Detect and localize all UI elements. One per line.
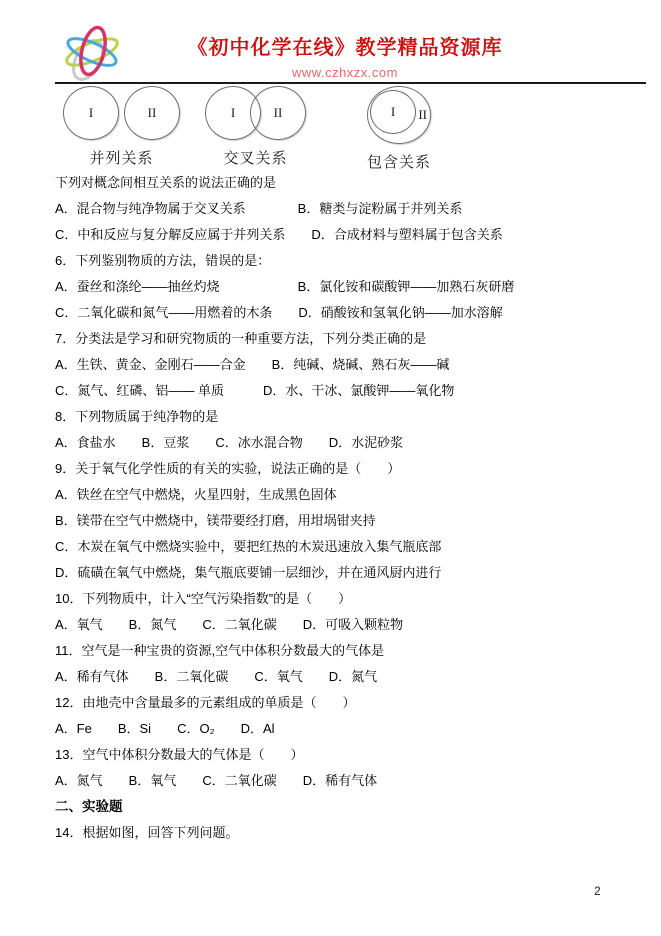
q5-options-ab: A．混合物与纯净物属于交叉关系 B．糖类与淀粉属于并列关系	[55, 196, 630, 222]
q10-stem: 10．下列物质中，计入“空气污染指数”的是（ ）	[55, 586, 630, 612]
circle-label-2: II	[418, 107, 427, 123]
header-divider	[55, 82, 646, 84]
q9-option-a: A．铁丝在空气中燃烧，火星四射，生成黑色固体	[55, 482, 630, 508]
diagram-cross-relation: I II 交叉关系	[205, 86, 306, 168]
q9-option-d: D．硫磺在氧气中燃烧，集气瓶底要铺一层细沙，并在通风厨内进行	[55, 560, 630, 586]
diagram-contain-relation: I II 包含关系	[353, 86, 445, 172]
circle-label-1: I	[391, 104, 395, 120]
circle-label-2: II	[148, 105, 157, 121]
q14-stem: 14．根据如图，回答下列问题。	[55, 820, 630, 846]
q12-stem: 12．由地壳中含量最多的元素组成的单质是（ ）	[55, 690, 630, 716]
venn-circle-inner: I	[370, 90, 416, 134]
q7-options-ab: A．生铁、黄金、金刚石——合金 B．纯碱、烧碱、熟石灰——碱	[55, 352, 630, 378]
circle-label-2: II	[274, 105, 283, 121]
q5-options-cd: C．中和反应与复分解反应属于并列关系 D．合成材料与塑料属于包含关系	[55, 222, 630, 248]
venn-circle-left: I	[63, 86, 119, 140]
q13-stem: 13．空气中体积分数最大的气体是（ ）	[55, 742, 630, 768]
question-body: 下列对概念间相互关系的说法正确的是 A．混合物与纯净物属于交叉关系 B．糖类与淀…	[55, 170, 630, 846]
q13-options: A．氮气 B．氧气 C．二氧化碳 D．稀有气体	[55, 768, 630, 794]
page-number: 2	[594, 884, 601, 898]
q7-options-cd: C．氮气、红磷、铝—— 单质 D．水、干冰、氯酸钾——氧化物	[55, 378, 630, 404]
q12-options: A．Fe B．Si C．O₂ D．Al	[55, 716, 630, 742]
q9-stem: 9．关于氧气化学性质的有关的实验，说法正确的是（ ）	[55, 456, 630, 482]
venn-circle-right: II	[250, 86, 306, 140]
diagram-parallel-relation: I II 并列关系	[63, 86, 180, 168]
q10-options: A．氧气 B．氮气 C．二氧化碳 D．可吸入颗粒物	[55, 612, 630, 638]
relationship-diagrams: I II 并列关系 I II 交叉关系 I	[55, 86, 615, 170]
circle-label-1: I	[231, 105, 235, 121]
venn-circle-right: II	[124, 86, 180, 140]
site-url: www.czhxzx.com	[110, 65, 580, 80]
q5-stem: 下列对概念间相互关系的说法正确的是	[55, 170, 630, 196]
venn-circle-outer: I II	[367, 86, 431, 144]
q6-options-cd: C．二氧化碳和氮气——用燃着的木条 D．硝酸铵和氢氧化钠——加水溶解	[55, 300, 630, 326]
q8-stem: 8．下列物质属于纯净物的是	[55, 404, 630, 430]
circle-label-1: I	[89, 105, 93, 121]
q9-option-b: B．镁带在空气中燃烧中，镁带要经打磨，用坩埚钳夹持	[55, 508, 630, 534]
q6-stem: 6．下列鉴别物质的方法，错误的是：	[55, 248, 630, 274]
document-page: 《初中化学在线》教学精品资源库 www.czhxzx.com I II 并列关系…	[0, 0, 661, 936]
diagram-caption: 并列关系	[63, 147, 180, 168]
site-title: 《初中化学在线》教学精品资源库	[110, 31, 580, 60]
diagram-caption: 交叉关系	[205, 147, 306, 168]
page-header: 《初中化学在线》教学精品资源库 www.czhxzx.com	[110, 31, 580, 80]
q8-options: A．食盐水 B．豆浆 C．冰水混合物 D．水泥砂浆	[55, 430, 630, 456]
section-2-heading: 二、实验题	[55, 794, 630, 820]
q11-options: A．稀有气体 B．二氧化碳 C．氧气 D．氮气	[55, 664, 630, 690]
q6-options-ab: A．蚕丝和涤纶——抽丝灼烧 B．氯化铵和碳酸钾——加熟石灰研磨	[55, 274, 630, 300]
diagram-caption: 包含关系	[353, 151, 445, 172]
q9-option-c: C．木炭在氧气中燃烧实验中，要把红热的木炭迅速放入集气瓶底部	[55, 534, 630, 560]
q7-stem: 7．分类法是学习和研究物质的一种重要方法，下列分类正确的是	[55, 326, 630, 352]
q11-stem: 11．空气是一种宝贵的资源,空气中体积分数最大的气体是	[55, 638, 630, 664]
